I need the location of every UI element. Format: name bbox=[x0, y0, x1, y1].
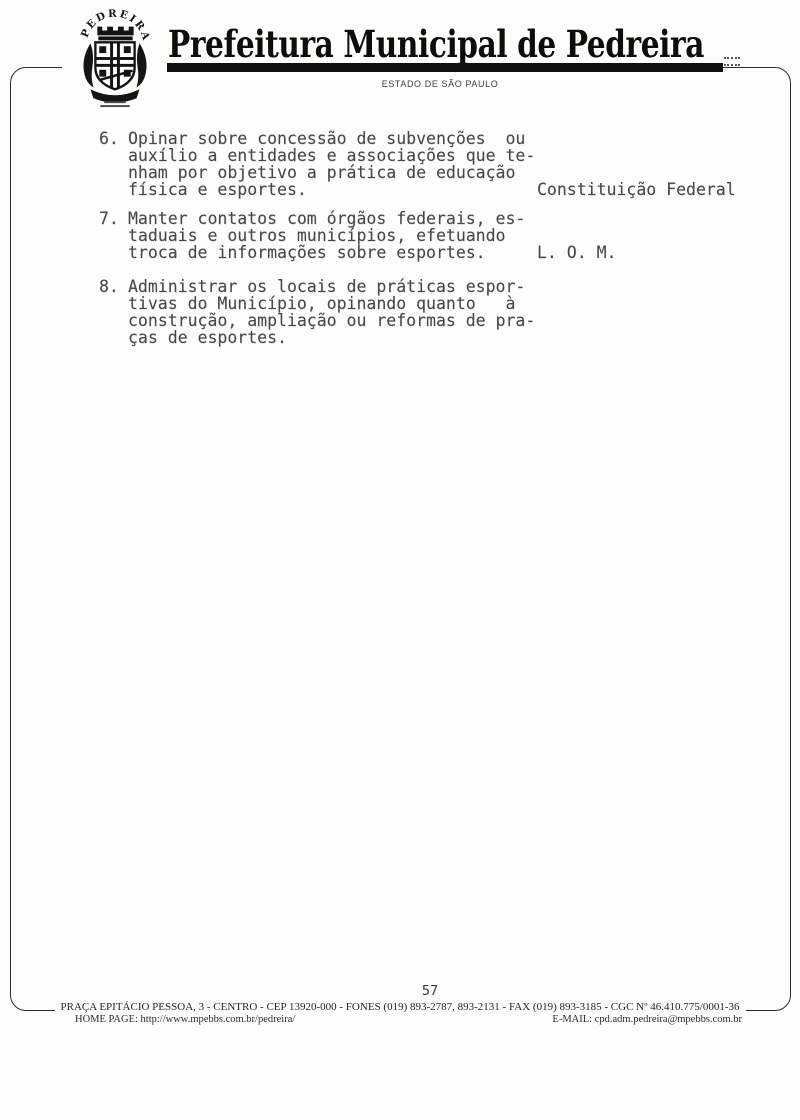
footer-contact-row: HOME PAGE: http://www.mpebbs.com.br/pedr… bbox=[75, 1014, 742, 1025]
legal-reference-annotation: Constituição Federal bbox=[537, 181, 736, 198]
item-line: física e esportes. bbox=[128, 181, 535, 198]
item-line: nham por objetivo a prática de educação bbox=[128, 164, 535, 181]
list-item-8: 8. Administrar os locais de práticas esp… bbox=[99, 278, 535, 346]
item-line: tivas do Município, opinando quanto à bbox=[128, 295, 535, 312]
item-line: Administrar os locais de práticas espor- bbox=[128, 278, 535, 295]
item-line: Manter contatos com órgãos federais, es- bbox=[128, 210, 525, 227]
list-item-7: 7. Manter contatos com órgãos federais, … bbox=[99, 210, 525, 261]
item-number: 6. bbox=[99, 130, 128, 198]
item-text: Administrar os locais de práticas espor-… bbox=[128, 278, 535, 346]
item-text: Manter contatos com órgãos federais, es-… bbox=[128, 210, 525, 261]
footer-email: E-MAIL: cpd.adm.pedreira@mpebbs.com.br bbox=[552, 1014, 742, 1025]
item-line: troca de informações sobre esportes. bbox=[128, 244, 525, 261]
footer-address-row: PRAÇA EPITÁCIO PESSOA, 3 - CENTRO - CEP … bbox=[10, 997, 790, 1015]
document-body: 6. Opinar sobre concessão de subvenções … bbox=[0, 0, 800, 1120]
legal-reference-annotation: L. O. M. bbox=[537, 244, 616, 261]
item-line: Opinar sobre concessão de subvenções ou bbox=[128, 130, 535, 147]
item-number: 7. bbox=[99, 210, 128, 261]
scanned-document-page: PEDREIRA bbox=[0, 0, 800, 1120]
item-line: construção, ampliação ou reformas de pra… bbox=[128, 312, 535, 329]
item-line: ças de esportes. bbox=[128, 329, 535, 346]
item-number: 8. bbox=[99, 278, 128, 346]
footer-address: PRAÇA EPITÁCIO PESSOA, 3 - CENTRO - CEP … bbox=[55, 1001, 746, 1013]
item-text: Opinar sobre concessão de subvenções ou … bbox=[128, 130, 535, 198]
list-item-6: 6. Opinar sobre concessão de subvenções … bbox=[99, 130, 535, 198]
item-line: auxílio a entidades e associações que te… bbox=[128, 147, 535, 164]
footer-homepage: HOME PAGE: http://www.mpebbs.com.br/pedr… bbox=[75, 1014, 295, 1025]
item-line: taduais e outros municípios, efetuando bbox=[128, 227, 525, 244]
